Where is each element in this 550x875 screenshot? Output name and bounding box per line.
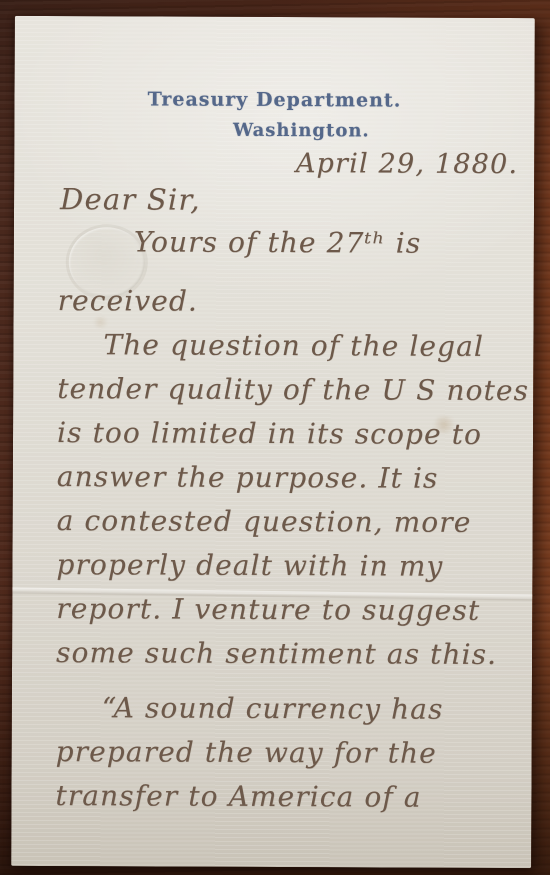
handwritten-line: Yours of the 27ᵗʰ is: [58, 222, 528, 268]
handwritten-line: received.: [58, 281, 528, 327]
handwritten-line: answer the purpose. It is: [57, 457, 527, 503]
handwritten-line: transfer to America of a: [55, 776, 525, 822]
letterhead-department: Treasury Department.: [14, 88, 534, 112]
letter-paper: Treasury Department. Washington. April 2…: [11, 16, 535, 868]
letterhead-city: Washington.: [41, 119, 550, 142]
wooden-desk-background: Treasury Department. Washington. April 2…: [0, 0, 550, 875]
letter-date: April 29, 1880.: [296, 148, 518, 180]
handwritten-line: is too limited in its scope to: [57, 413, 527, 459]
handwritten-line: prepared the way for the: [56, 732, 526, 778]
letter-body: Yours of the 27ᵗʰ is received. The quest…: [55, 222, 528, 822]
handwritten-line: some such sentiment as this.: [56, 633, 526, 679]
handwritten-line: tender quality of the U S notes: [57, 369, 527, 415]
handwritten-line: properly dealt with in my: [56, 545, 526, 591]
handwritten-line: report. I venture to suggest: [56, 589, 526, 635]
handwritten-line: a contested question, more: [57, 501, 527, 547]
handwritten-line: The question of the legal: [57, 325, 527, 371]
handwritten-line: “A sound currency has: [56, 688, 526, 734]
letter-salutation: Dear Sir,: [60, 182, 201, 217]
